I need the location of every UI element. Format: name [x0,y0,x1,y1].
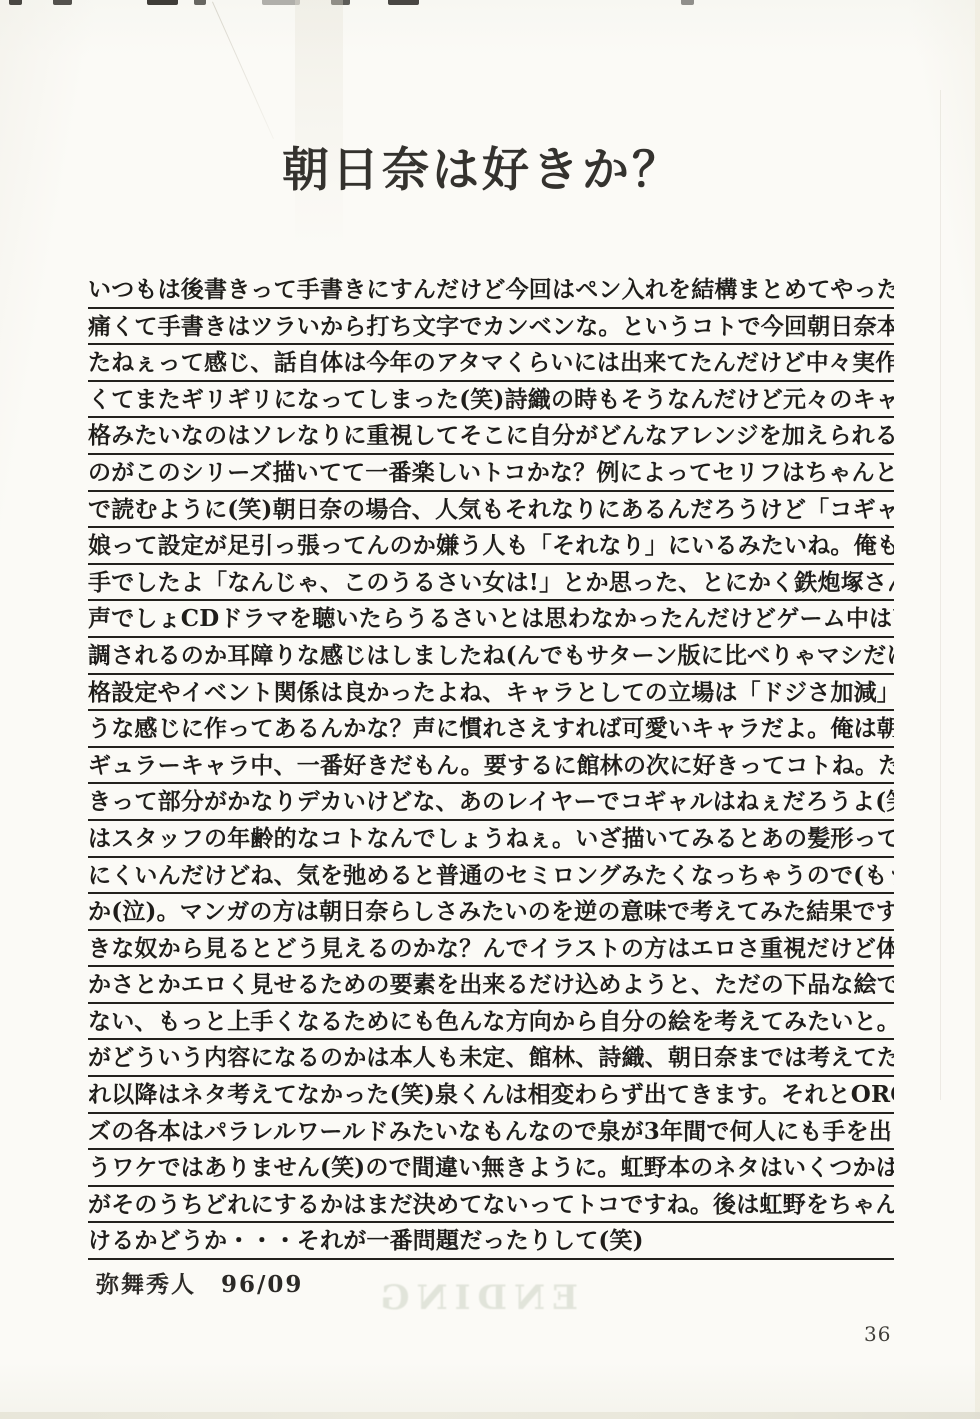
body-line: がどういう内容になるのかは本人も未定、館林、詩織、朝日奈までは考えてたんだけどそ [88,1040,894,1077]
body-line: 格設定やイベント関係は良かったよね、キャラとしての立場は「ドジさ加減」を象徴する… [88,675,894,712]
scan-speck [194,0,206,5]
scan-speck [388,0,419,5]
body-line: いつもは後書きって手書きにすんだけど今回はペン入れを結構まとめてやったんで手首が [88,272,894,309]
body-line: のがこのシリーズ描いてて一番楽しいトコかな？例によってセリフはちゃんと鉄炮塚の声 [88,455,894,492]
body-line: うワケではありません(笑)ので間違い無きように。虹野本のネタはいくつかは考えてま… [88,1150,894,1187]
scan-bottom-edge [0,1412,980,1419]
body-line: うな感じに作ってあるんかな？声に慣れさえすれば可愛いキャラだよ。俺は朝日奈ってレ [88,711,894,748]
body-line: にくいんだけどね、気を弛めると普通のセミロングみたくなっちゃうので(もうなってる [88,858,894,895]
scan-speck [53,0,72,5]
scan-edge-strip [975,0,980,1419]
body-line: くてまたギリギリになってしまった(笑)詩織の時もそうなんだけど元々のキャラが持つ… [88,382,894,419]
body-line: 格みたいなのはソレなりに重視してそこに自分がどんなアレンジを加えられるか、という [88,418,894,455]
scan-crease [212,2,274,139]
body-line: 手でしたよ「なんじゃ、このうるさい女は!」とか思った、とにかく鉄炮塚さんってアニ… [88,565,894,602]
body-line: か(泣)。マンガの方は朝日奈らしさみたいのを逆の意味で考えてみた結果です、朝日奈… [88,894,894,931]
scanned-document-page: 朝日奈は好きか？ いつもは後書きって手書きにすんだけど今回はペン入れを結構まとめ… [0,0,980,1419]
body-text: いつもは後書きって手書きにすんだけど今回はペン入れを結構まとめてやったんで手首が… [88,272,894,1260]
scan-speck [147,0,178,5]
body-line: はスタッフの年齢的なコトなんでしょうねぇ。いざ描いてみるとあの髪形ってかなり描き [88,821,894,858]
body-line: かさとかエロく見せるための要素を出来るだけ込めようと、ただの下品な絵で終わりたく [88,967,894,1004]
scan-shade-band [295,0,343,250]
body-line: きって部分がかなりデカいけどな、あのレイヤーでコギャルはねぇだろうよ(笑)そのへ… [88,784,894,821]
body-line: がそのうちどれにするかはまだ決めてないってトコですね。後は虹野をちゃんと可愛く描 [88,1187,894,1224]
body-line: 調されるのか耳障りな感じはしましたね(んでもサターン版に比べりゃマシだけどな)。… [88,638,894,675]
body-line: で読むように(笑)朝日奈の場合、人気もそれなりにあるんだろうけど「コギャル」みて… [88,492,894,529]
body-line: けるかどうか・・・それが一番問題だったりして(笑) [88,1223,894,1260]
body-line: きな奴から見るとどう見えるのかな？んでイラストの方はエロさ重視だけど体の線に柔ら [88,931,894,968]
scan-speck [9,0,22,5]
body-line: 痛くて手書きはツラいから打ち文字でカンベンな。というコトで今回朝日奈本やっと出せ [88,309,894,346]
page-number: 36 [864,1322,891,1346]
page-title: 朝日奈は好きか？ [0,133,964,200]
showthrough-ghost-text: ENDING [308,1278,578,1318]
body-line: たねぇって感じ、話自体は今年のアタマくらいには出来てたんだけど中々実作業に入れな [88,345,894,382]
body-line: 娘って設定が足引っ張ってんのか嫌う人も「それなり」にいるみたいね。俺も最初は声が… [88,528,894,565]
scan-edge-line [940,90,941,1100]
body-line: ギュラーキャラ中、一番好きだもん。要するに館林の次に好きってコトね。ただ髪形が好 [88,748,894,785]
signature-author-date: 弥舞秀人 96/09 [96,1266,303,1299]
scan-speck [681,0,694,5]
body-line: れ以降はネタ考えてなかった(笑)泉くんは相変わらず出てきます。それとORGELシ… [88,1077,894,1114]
body-line: ない、もっと上手くなるためにも色んな方向から自分の絵を考えてみたいと。次の虹野本 [88,1004,894,1041]
body-line: 声でしょCDドラマを聴いたらうるさいとは思わなかったんだけどゲーム中は高音域が強 [88,601,894,638]
body-line: ズの各本はパラレルワールドみたいなもんなので泉が3年間で何人にも手を出してるとい [88,1114,894,1151]
